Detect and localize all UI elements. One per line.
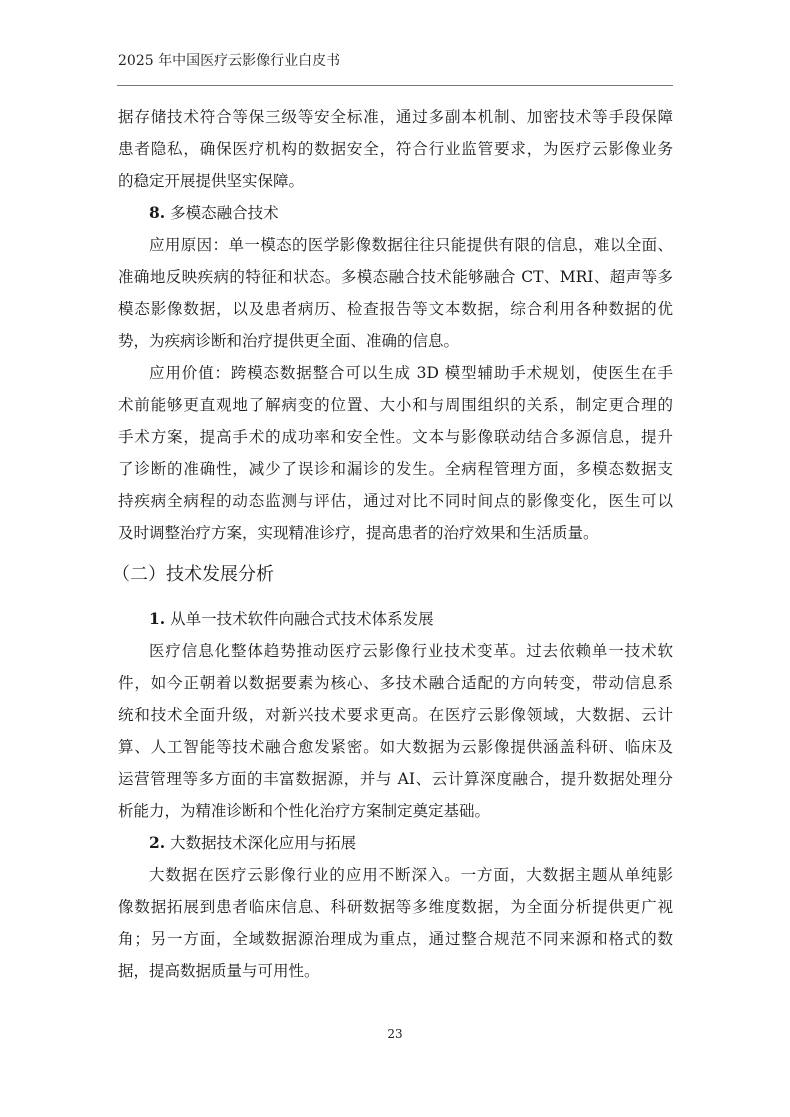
paragraph-medical-informatization: 医疗信息化整体趋势推动医疗云影像行业技术变革。过去依赖单一技术软 件，如今正朝着… [118,635,673,827]
heading-text: 大数据技术深化应用与拓展 [165,834,356,852]
text-line: 算、人工智能等技术融合愈发紧密。如大数据为云影像提供涵盖科研、临床及 [118,731,673,763]
header-divider [117,85,673,86]
heading-number: 8. [149,203,165,222]
heading-text: 从单一技术软件向融合式技术体系发展 [165,610,433,628]
text-line: 析能力，为精准诊断和个性化治疗方案制定奠定基础。 [118,795,673,827]
text-line: 据存储技术符合等保三级等安全标准，通过多副本机制、加密技术等手段保障 [118,101,673,133]
text-line: 应用价值：跨模态数据整合可以生成 3D 模型辅助手术规划，使医生在手 [118,357,673,389]
section-heading-tech-development: （二）技术发展分析 [112,553,673,597]
text-line: 的稳定开展提供坚实保障。 [118,165,673,197]
heading-text: 多模态融合技术 [165,204,278,222]
text-line: 持疾病全病程的动态监测与评估，通过对比不同时间点的影像变化，医生可以 [118,485,673,517]
text-line: 件，如今正朝着以数据要素为核心、多技术融合适配的方向转变，带动信息系 [118,667,673,699]
heading-number: 2. [149,833,165,852]
running-header: 2025 年中国医疗云影像行业白皮书 [118,51,340,71]
text-line: 手术方案，提高手术的成功率和安全性。文本与影像联动结合多源信息，提升 [118,421,673,453]
text-line: 了诊断的准确性，减少了误诊和漏诊的发生。全病程管理方面，多模态数据支 [118,453,673,485]
page-body: 据存储技术符合等保三级等安全标准，通过多副本机制、加密技术等手段保障 患者隐私，… [118,101,673,987]
heading-integrated-tech-system: 1. 从单一技术软件向融合式技术体系发展 [118,603,673,635]
text-line: 像数据拓展到患者临床信息、科研数据等多维度数据，为全面分析提供更广视 [118,891,673,923]
paragraph-big-data: 大数据在医疗云影像行业的应用不断深入。一方面，大数据主题从单纯影 像数据拓展到患… [118,859,673,987]
text-line: 患者隐私，确保医疗机构的数据安全，符合行业监管要求，为医疗云影像业务 [118,133,673,165]
text-line: 及时调整治疗方案，实现精准诊疗，提高患者的治疗效果和生活质量。 [118,517,673,549]
text-line: 应用原因：单一模态的医学影像数据往往只能提供有限的信息，难以全面、 [118,229,673,261]
heading-multimodal-fusion: 8. 多模态融合技术 [118,197,673,229]
heading-big-data-application: 2. 大数据技术深化应用与拓展 [118,827,673,859]
text-line: 医疗信息化整体趋势推动医疗云影像行业技术变革。过去依赖单一技术软 [118,635,673,667]
text-line: 运营管理等多方面的丰富数据源，并与 AI、云计算深度融合，提升数据处理分 [118,763,673,795]
text-line: 统和技术全面升级，对新兴技术要求更高。在医疗云影像领域，大数据、云计 [118,699,673,731]
paragraph-application-reason: 应用原因：单一模态的医学影像数据往往只能提供有限的信息，难以全面、 准确地反映疾… [118,229,673,357]
text-line: 据，提高数据质量与可用性。 [118,955,673,987]
paragraph-storage-security: 据存储技术符合等保三级等安全标准，通过多副本机制、加密技术等手段保障 患者隐私，… [118,101,673,197]
text-line: 模态影像数据，以及患者病历、检查报告等文本数据，综合利用各种数据的优 [118,293,673,325]
paragraph-application-value: 应用价值：跨模态数据整合可以生成 3D 模型辅助手术规划，使医生在手 术前能够更… [118,357,673,549]
heading-number: 1. [149,609,165,628]
text-line: 角；另一方面，全域数据源治理成为重点，通过整合规范不同来源和格式的数 [118,923,673,955]
text-line: 大数据在医疗云影像行业的应用不断深入。一方面，大数据主题从单纯影 [118,859,673,891]
text-line: 势，为疾病诊断和治疗提供更全面、准确的信息。 [118,325,673,357]
text-line: 准确地反映疾病的特征和状态。多模态融合技术能够融合 CT、MRI、超声等多 [118,261,673,293]
page-number: 23 [0,1027,790,1041]
text-line: 术前能够更直观地了解病变的位置、大小和与周围组织的关系，制定更合理的 [118,389,673,421]
